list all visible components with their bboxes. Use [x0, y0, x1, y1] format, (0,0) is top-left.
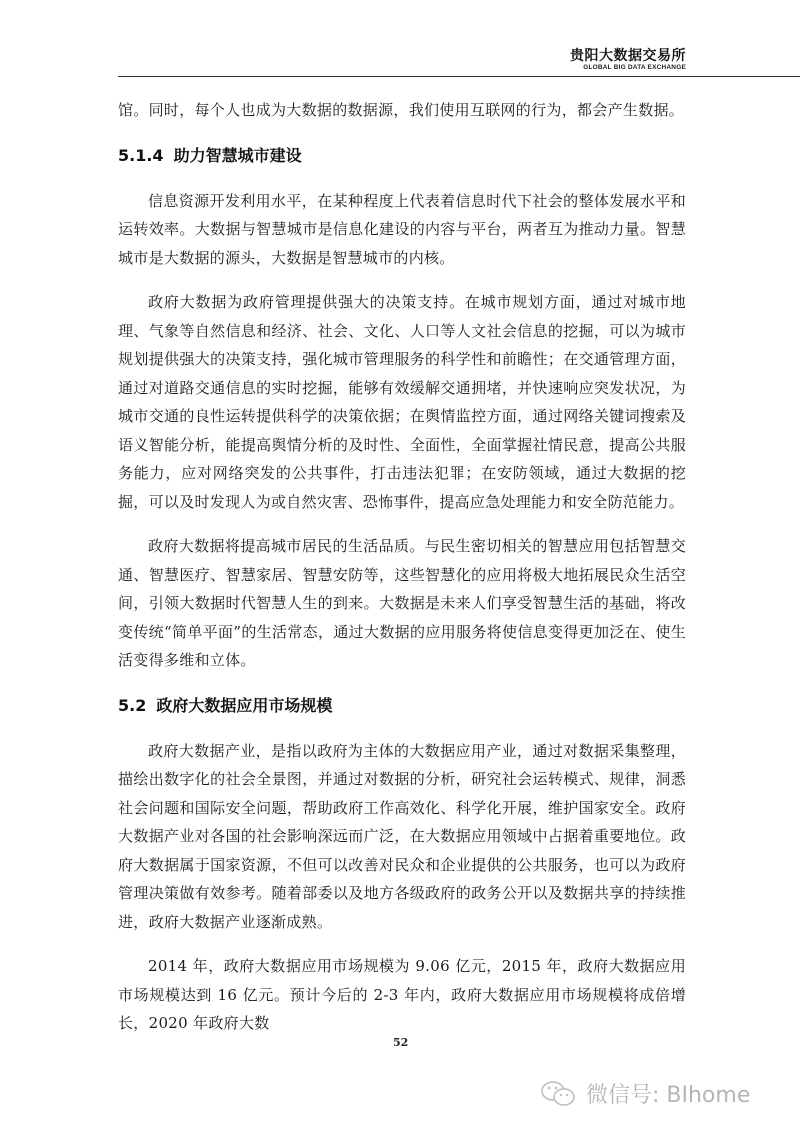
- paragraph: 2014 年，政府大数据应用市场规模为 9.06 亿元，2015 年，政府大数据…: [118, 952, 686, 1038]
- section-number: 5.2: [118, 696, 146, 715]
- wechat-icon: [540, 1079, 578, 1109]
- paragraph: 政府大数据为政府管理提供强大的决策支持。在城市规划方面，通过对城市地理、气象等自…: [118, 288, 686, 516]
- page-number: 52: [393, 1036, 408, 1049]
- header-divider: [118, 76, 800, 77]
- paragraph: 信息资源开发利用水平，在某种程度上代表着信息时代下社会的整体发展水平和运转效率。…: [118, 187, 686, 273]
- logo-chinese: 贵阳大数据交易所: [570, 48, 686, 64]
- paragraph: 政府大数据产业，是指以政府为主体的大数据应用产业，通过对数据采集整理，描绘出数字…: [118, 737, 686, 937]
- section-heading-5-2: 5.2政府大数据应用市场规模: [118, 691, 686, 721]
- page-body: 馆。同时，每个人也成为大数据的数据源，我们使用互联网的行为，都会产生数据。 5.…: [118, 96, 686, 1038]
- section-title: 政府大数据应用市场规模: [156, 696, 332, 715]
- watermark-text: 微信号: BIhome: [586, 1078, 750, 1109]
- wechat-watermark: 微信号: BIhome: [540, 1078, 750, 1109]
- logo-english: GLOBAL BIG DATA EXCHANGE: [570, 64, 686, 72]
- section-heading-5-1-4: 5.1.4助力智慧城市建设: [118, 141, 686, 171]
- continuation-paragraph: 馆。同时，每个人也成为大数据的数据源，我们使用互联网的行为，都会产生数据。: [118, 96, 686, 125]
- section-title: 助力智慧城市建设: [174, 146, 302, 165]
- exchange-logo: 贵阳大数据交易所 GLOBAL BIG DATA EXCHANGE: [570, 48, 686, 72]
- section-number: 5.1.4: [118, 146, 164, 165]
- paragraph: 政府大数据将提高城市居民的生活品质。与民生密切相关的智慧应用包括智慧交通、智慧医…: [118, 532, 686, 675]
